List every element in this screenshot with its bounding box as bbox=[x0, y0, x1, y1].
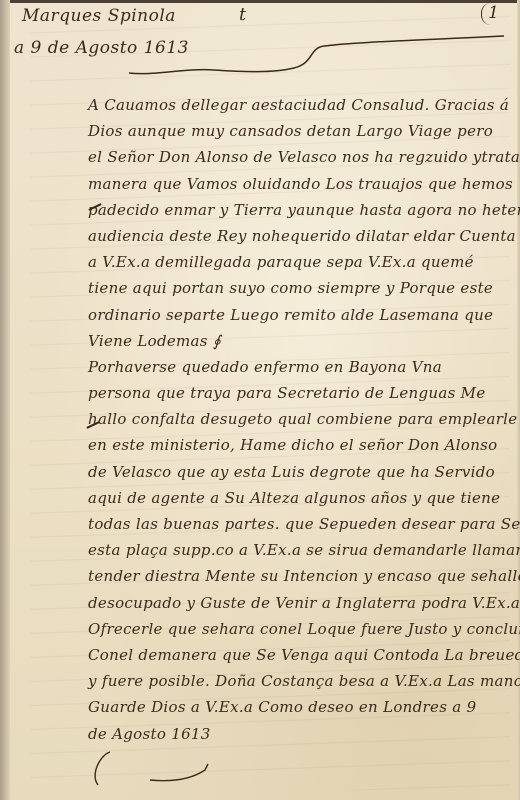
letter-body: A Cauamos dellegar aestaciudad Consalud.… bbox=[88, 92, 513, 747]
header-flourish-icon bbox=[124, 28, 520, 78]
text-line: a V.Ex.a demillegada paraque sepa V.Ex.a… bbox=[88, 249, 513, 275]
text-line: aqui de agente a Su Alteza algunos años … bbox=[88, 485, 513, 511]
letter-header: Marques Spinola a 9 de Agosto 1613 t 1 bbox=[14, 2, 514, 72]
text-line: persona que traya para Secretario de Len… bbox=[88, 380, 513, 406]
closing-flourish-icon bbox=[90, 750, 210, 790]
text-line: Porhaverse quedado enfermo en Bayona Vna bbox=[88, 354, 513, 380]
header-mark: t bbox=[239, 4, 246, 25]
text-line: esta plaça supp.co a V.Ex.a se sirua dem… bbox=[88, 537, 513, 563]
text-line: de Velasco que ay esta Luis degrote que … bbox=[88, 459, 513, 485]
manuscript-page: Marques Spinola a 9 de Agosto 1613 t 1 A… bbox=[0, 0, 520, 800]
text-line: Dios aunque muy cansados detan Largo Via… bbox=[88, 118, 513, 144]
text-line: ordinario separte Luego remito alde Lase… bbox=[88, 302, 513, 328]
text-line: en este ministerio, Hame dicho el señor … bbox=[88, 432, 513, 458]
text-line: hallo confalta desugeto qual combiene pa… bbox=[88, 406, 513, 432]
text-line: Ofrecerle que sehara conel Loque fuere J… bbox=[88, 616, 513, 642]
text-line: A Cauamos dellegar aestaciudad Consalud.… bbox=[88, 92, 513, 118]
text-line: audiencia deste Rey nohequerido dilatar … bbox=[88, 223, 513, 249]
text-line: desocupado y Guste de Venir a Inglaterra… bbox=[88, 590, 513, 616]
text-line: tender diestra Mente su Intencion y enca… bbox=[88, 563, 513, 589]
text-line: de Agosto 1613 bbox=[88, 721, 513, 747]
paragraph-1: A Cauamos dellegar aestaciudad Consalud.… bbox=[88, 92, 513, 354]
text-line: Guarde Dios a V.Ex.a Como deseo en Londr… bbox=[88, 694, 513, 720]
text-line: y fuere posible. Doña Costança besa a V.… bbox=[88, 668, 513, 694]
paragraph-2: Porhaverse quedado enfermo en Bayona Vna… bbox=[88, 354, 513, 747]
binding-edge bbox=[0, 0, 10, 800]
folio-number: 1 bbox=[481, 3, 502, 25]
recipient: Marques Spinola bbox=[22, 6, 176, 26]
text-line: padecido enmar y Tierra yaunque hasta ag… bbox=[88, 197, 513, 223]
text-line: el Señor Don Alonso de Velasco nos ha re… bbox=[88, 144, 513, 170]
text-line: Viene Lodemas ∮ bbox=[88, 328, 513, 354]
text-line: todas las buenas partes. que Sepueden de… bbox=[88, 511, 513, 537]
text-line: Conel demanera que Se Venga aqui Contoda… bbox=[88, 642, 513, 668]
text-line: manera que Vamos oluidando Los trauajos … bbox=[88, 171, 513, 197]
text-line: tiene aqui portan suyo como siempre y Po… bbox=[88, 275, 513, 301]
